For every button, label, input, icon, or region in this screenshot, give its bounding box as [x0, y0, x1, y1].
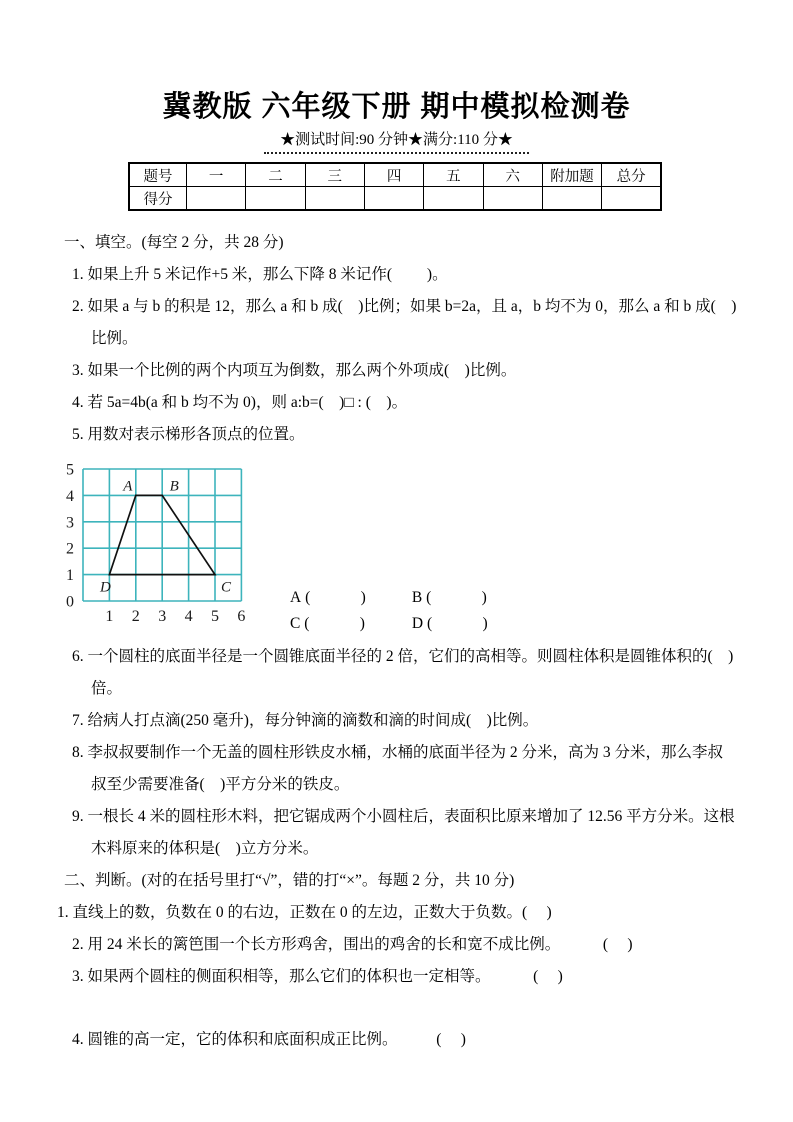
score-header-cell: 六: [483, 163, 542, 187]
score-table-score-row: 得分: [129, 187, 661, 211]
score-row-label: 得分: [129, 187, 187, 211]
score-table-header-row: 题号 一 二 三 四 五 六 附加题 总分: [129, 163, 661, 187]
judge-question-4: 4. 圆锥的高一定，它的体积和底面积成正比例。 ( ): [72, 1024, 737, 1056]
score-cell-empty: [542, 187, 601, 211]
y-axis-label: 0: [66, 594, 74, 611]
vertex-blank: ( ): [426, 589, 487, 606]
vertex-blank-B: B ( ): [412, 585, 530, 611]
fill-question-6: 6. 一个圆柱的底面半径是一个圆锥底面半径的 2 倍，它们的高相等。则圆柱体积是…: [72, 641, 737, 705]
x-axis-label: 6: [237, 608, 245, 625]
vertex-blank: ( ): [427, 615, 488, 632]
fill-question-4: 4. 若 5a=4b(a 和 b 均不为 0)，则 a:b=( )□ : ( )…: [72, 387, 737, 419]
score-cell-empty: [602, 187, 661, 211]
trapezoid-grid-figure: 543210123456ABCD A ( ) B ( ) C ( ) D ( ): [64, 451, 737, 641]
section-fill-heading: 一、填空。(每空 2 分，共 28 分): [64, 227, 737, 259]
vertex-label: B: [412, 589, 422, 606]
vertex-blank-row: C ( ) D ( ): [290, 611, 530, 637]
y-axis-label: 4: [66, 488, 74, 505]
fill-question-8: 8. 李叔叔要制作一个无盖的圆柱形铁皮水桶，水桶的底面半径为 2 分米，高为 3…: [72, 737, 737, 801]
vertex-blank-C: C ( ): [290, 611, 408, 637]
x-axis-label: 1: [105, 608, 113, 625]
page-title: 冀教版 六年级下册 期中模拟检测卷: [0, 0, 793, 124]
vertex-label: A: [290, 589, 301, 606]
coordinate-grid: 543210123456ABCD: [53, 463, 313, 633]
score-table: 题号 一 二 三 四 五 六 附加题 总分 得分: [128, 162, 662, 211]
fill-question-7: 7. 给病人打点滴(250 毫升)，每分钟滴的滴数和滴的时间成( )比例。: [72, 705, 737, 737]
score-header-cell: 附加题: [542, 163, 601, 187]
y-axis-label: 1: [66, 567, 74, 584]
score-header-cell: 题号: [129, 163, 187, 187]
score-cell-empty: [305, 187, 364, 211]
vertex-label: D: [412, 615, 423, 632]
score-header-cell: 总分: [602, 163, 661, 187]
exam-page: 冀教版 六年级下册 期中模拟检测卷 ★测试时间:90 分钟★满分:110 分★ …: [0, 0, 793, 1122]
vertex-blank-A: A ( ): [290, 585, 408, 611]
fill-question-5: 5. 用数对表示梯形各顶点的位置。: [72, 419, 737, 451]
x-axis-label: 2: [132, 608, 140, 625]
exam-body: 一、填空。(每空 2 分，共 28 分) 1. 如果上升 5 米记作+5 米，那…: [0, 211, 793, 1056]
subtitle-row: ★测试时间:90 分钟★满分:110 分★: [0, 130, 793, 154]
score-cell-empty: [246, 187, 305, 211]
vertex-answer-blanks: A ( ) B ( ) C ( ) D ( ): [290, 585, 530, 637]
vertex-blank: ( ): [304, 615, 365, 632]
vertex-blank: ( ): [305, 589, 366, 606]
x-axis-label: 3: [158, 608, 166, 625]
y-axis-label: 3: [66, 514, 74, 531]
fill-question-3: 3. 如果一个比例的两个内项互为倒数，那么两个外项成( )比例。: [72, 355, 737, 387]
score-header-cell: 二: [246, 163, 305, 187]
section-judge-heading: 二、判断。(对的在括号里打“√”，错的打“×”。每题 2 分，共 10 分): [64, 865, 737, 897]
y-axis-label: 2: [66, 541, 74, 558]
vertex-label-A: A: [122, 478, 133, 494]
judge-question-2: 2. 用 24 米长的篱笆围一个长方形鸡舍，围出的鸡舍的长和宽不成比例。 ( ): [72, 929, 737, 961]
y-axis-label: 5: [66, 463, 74, 479]
fill-question-2: 2. 如果 a 与 b 的积是 12，那么 a 和 b 成( )比例；如果 b=…: [72, 291, 737, 355]
vertex-label-D: D: [99, 580, 111, 596]
vertex-label-B: B: [170, 478, 179, 494]
score-header-cell: 四: [364, 163, 423, 187]
score-cell-empty: [187, 187, 246, 211]
vertex-blank-row: A ( ) B ( ): [290, 585, 530, 611]
judge-question-1: 1. 直线上的数，负数在 0 的右边，正数在 0 的左边，正数大于负数。( ): [57, 897, 737, 929]
vertex-label-C: C: [221, 580, 232, 596]
vertex-blank-D: D ( ): [412, 611, 530, 637]
exam-info-line: ★测试时间:90 分钟★满分:110 分★: [264, 130, 529, 154]
x-axis-label: 4: [185, 608, 193, 625]
vertex-label: C: [290, 615, 300, 632]
judge-question-3: 3. 如果两个圆柱的侧面积相等，那么它们的体积也一定相等。 ( ): [72, 961, 737, 993]
fill-question-1: 1. 如果上升 5 米记作+5 米，那么下降 8 米记作( )。: [72, 259, 737, 291]
score-cell-empty: [424, 187, 483, 211]
score-header-cell: 五: [424, 163, 483, 187]
score-header-cell: 一: [187, 163, 246, 187]
score-header-cell: 三: [305, 163, 364, 187]
score-cell-empty: [364, 187, 423, 211]
score-cell-empty: [483, 187, 542, 211]
fill-question-9: 9. 一根长 4 米的圆柱形木料，把它锯成两个小圆柱后，表面积比原来增加了 12…: [72, 801, 737, 865]
x-axis-label: 5: [211, 608, 219, 625]
